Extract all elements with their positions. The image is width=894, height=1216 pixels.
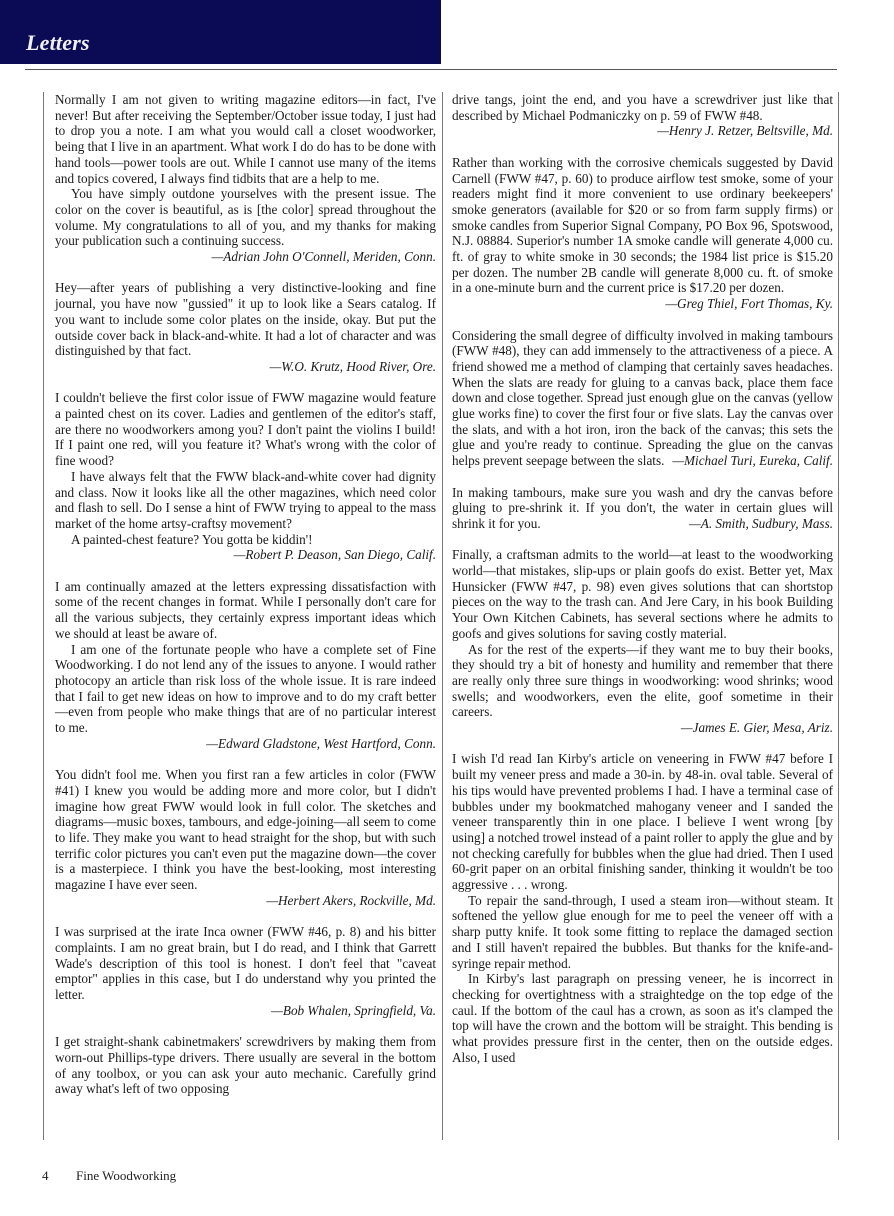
right-column: drive tangs, joint the end, and you have… xyxy=(452,92,833,1081)
letter-thiel: Rather than working with the corrosive c… xyxy=(452,155,833,312)
letter-signature: —Greg Thiel, Fort Thomas, Ky. xyxy=(665,296,833,312)
section-title: Letters xyxy=(26,30,90,56)
letter-krutz: Hey—after years of publishing a very dis… xyxy=(55,280,436,374)
letter-paragraph: To repair the sand-through, I used a ste… xyxy=(452,893,833,972)
letter-retzer-end: drive tangs, joint the end, and you have… xyxy=(452,92,833,139)
letter-signature: —Michael Turi, Eureka, Calif. xyxy=(672,453,833,469)
letter-paragraph: I was surprised at the irate Inca owner … xyxy=(55,924,436,1003)
letter-paragraph: As for the rest of the experts—if they w… xyxy=(452,642,833,721)
letter-paragraph: A painted-chest feature? You gotta be ki… xyxy=(55,532,436,548)
letter-paragraph: I wish I'd read Ian Kirby's article on v… xyxy=(452,751,833,892)
letter-signature: —Bob Whalen, Springfield, Va. xyxy=(55,1003,436,1019)
letter-signature: —W.O. Krutz, Hood River, Ore. xyxy=(55,359,436,375)
letter-signature: —Robert P. Deason, San Diego, Calif. xyxy=(55,547,436,563)
letter-paragraph: I have always felt that the FWW black-an… xyxy=(55,469,436,532)
letter-paragraph: I get straight-shank cabinetmakers' scre… xyxy=(55,1034,436,1097)
letter-paragraph: In Kirby's last paragraph on pressing ve… xyxy=(452,971,833,1065)
letter-smith: In making tambours, make sure you wash a… xyxy=(452,485,833,532)
letter-gladstone: I am continually amazed at the letters e… xyxy=(55,579,436,752)
letter-signature: —James E. Gier, Mesa, Ariz. xyxy=(452,720,833,736)
letter-paragraph: You didn't fool me. When you first ran a… xyxy=(55,767,436,893)
letter-signature: —Herbert Akers, Rockville, Md. xyxy=(55,893,436,909)
letter-paragraph: Rather than working with the corrosive c… xyxy=(452,155,833,312)
letter-paragraph: drive tangs, joint the end, and you have… xyxy=(452,92,833,139)
letter-signature: —A. Smith, Sudbury, Mass. xyxy=(689,516,833,532)
publication-name: Fine Woodworking xyxy=(76,1168,176,1183)
left-column: Normally I am not given to writing magaz… xyxy=(55,92,436,1113)
letter-paragraph: I couldn't believe the first color issue… xyxy=(55,390,436,469)
letter-whalen: I was surprised at the irate Inca owner … xyxy=(55,924,436,1018)
page-number: 4 xyxy=(42,1168,76,1184)
letter-oconnell: Normally I am not given to writing magaz… xyxy=(55,92,436,265)
letter-paragraph: In making tambours, make sure you wash a… xyxy=(452,485,833,532)
letter-paragraph: Hey—after years of publishing a very dis… xyxy=(55,280,436,359)
letter-signature: —Edward Gladstone, West Hartford, Conn. xyxy=(55,736,436,752)
letter-paragraph: You have simply outdone yourselves with … xyxy=(55,186,436,265)
letter-paragraph: Normally I am not given to writing magaz… xyxy=(55,92,436,186)
letter-paragraph: Considering the small degree of difficul… xyxy=(452,328,833,469)
letter-signature: —Adrian John O'Connell, Meriden, Conn. xyxy=(196,249,436,265)
column-divider-bar xyxy=(442,92,443,1140)
letter-paragraph: I am one of the fortunate people who hav… xyxy=(55,642,436,736)
letter-akers: You didn't fool me. When you first ran a… xyxy=(55,767,436,908)
page-footer: 4Fine Woodworking xyxy=(42,1168,176,1184)
letter-paragraph: Finally, a craftsman admits to the world… xyxy=(452,547,833,641)
letter-kirby-veneer: I wish I'd read Ian Kirby's article on v… xyxy=(452,751,833,1065)
letter-retzer-start: I get straight-shank cabinetmakers' scre… xyxy=(55,1034,436,1097)
header-rule xyxy=(25,69,837,70)
left-column-bar xyxy=(43,92,44,1140)
letter-deason: I couldn't believe the first color issue… xyxy=(55,390,436,563)
letter-turi: Considering the small degree of difficul… xyxy=(452,328,833,469)
letter-gier: Finally, a craftsman admits to the world… xyxy=(452,547,833,735)
right-column-bar xyxy=(838,92,839,1140)
letter-signature: —Henry J. Retzer, Beltsville, Md. xyxy=(657,123,833,139)
letter-paragraph: I am continually amazed at the letters e… xyxy=(55,579,436,642)
